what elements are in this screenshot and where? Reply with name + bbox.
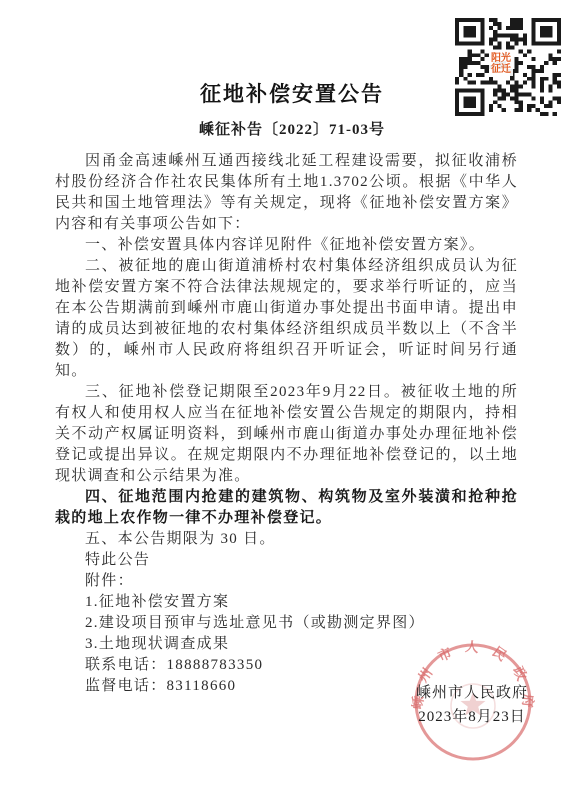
qr-label-line2: 征迁 <box>491 64 511 75</box>
signature-org: 嵊州市人民政府 <box>406 681 538 705</box>
body-paragraph: 因甬金高速嵊州互通西接线北延工程建设需要，拟征收浦桥村股份经济合作社农民集体所有… <box>55 151 518 235</box>
body-paragraph: 五、本公告期限为 30 日。 <box>55 529 518 550</box>
attachments-label: 附件： <box>55 571 518 592</box>
body-paragraph: 一、补偿安置具体内容详见附件《征地补偿安置方案》。 <box>55 235 518 256</box>
body-paragraph: 四、征地范围内抢建的建筑物、构筑物及室外装潢和抢种抢栽的地上农作物一律不办理补偿… <box>55 487 518 529</box>
page-title: 征地补偿安置公告 <box>0 78 584 108</box>
attachment-item: 2.建设项目预审与选址意见书（或勘测定界图） <box>55 613 518 634</box>
body-paragraph: 三、征地补偿登记期限至2023年9月22日。被征收土地的所有权人和使用权人应当在… <box>55 382 518 487</box>
qr-center-label: 阳光 征迁 <box>489 52 513 76</box>
signature-block: 嵊州市人民政府 2023年8月23日 <box>406 681 538 729</box>
qr-label-line1: 阳光 <box>491 53 511 64</box>
body-paragraphs: 因甬金高速嵊州互通西接线北延工程建设需要，拟征收浦桥村股份经济合作社农民集体所有… <box>55 151 518 550</box>
document-number: 嵊征补告〔2022〕71-03号 <box>0 118 584 139</box>
signature-date: 2023年8月23日 <box>406 705 538 729</box>
body-paragraph: 二、被征地的鹿山街道浦桥村农村集体经济组织成员认为征地补偿安置方案不符合法律法规… <box>55 256 518 382</box>
document-page: 阳光 征迁 征地补偿安置公告 嵊征补告〔2022〕71-03号 因甬金高速嵊州互… <box>0 0 584 809</box>
document-body: 因甬金高速嵊州互通西接线北延工程建设需要，拟征收浦桥村股份经济合作社农民集体所有… <box>55 151 518 697</box>
attachment-item: 1.征地补偿安置方案 <box>55 592 518 613</box>
closing-line: 特此公告 <box>55 550 518 571</box>
